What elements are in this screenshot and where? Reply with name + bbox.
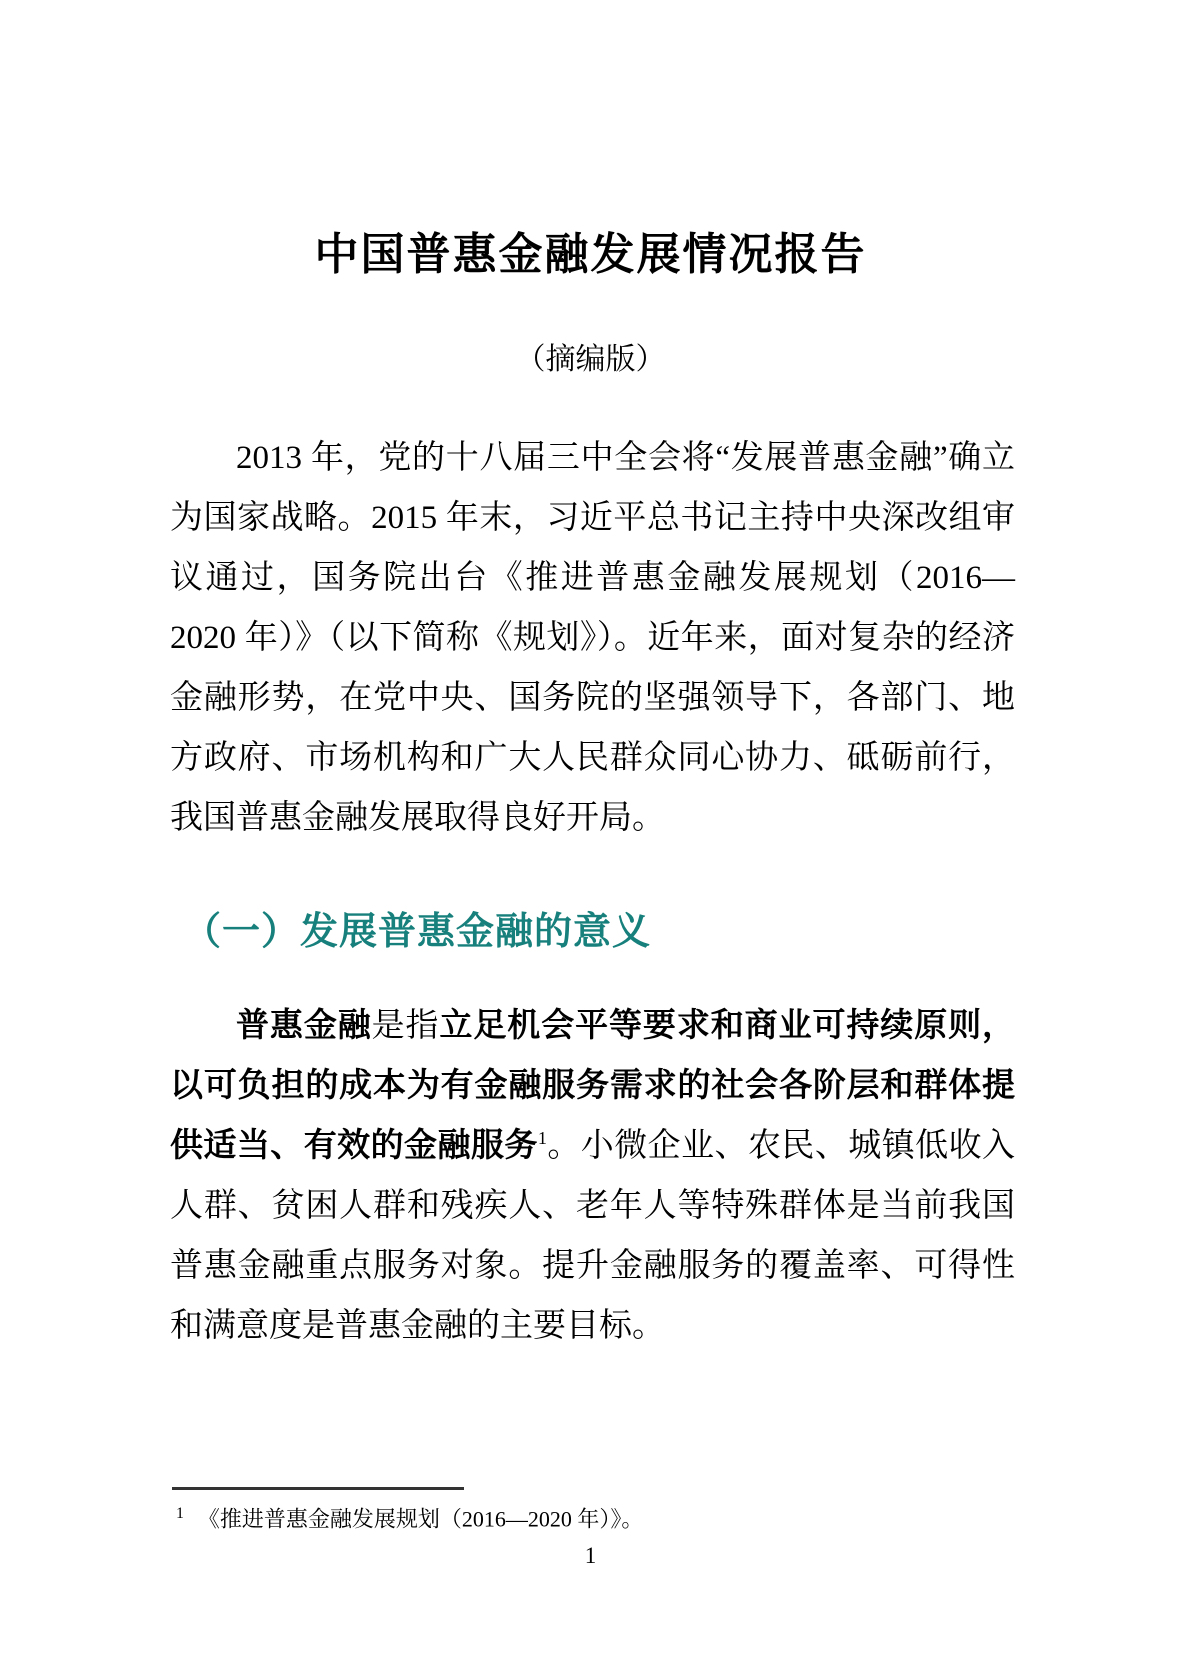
section-heading: （一）发展普惠金融的意义 bbox=[183, 900, 651, 955]
paragraph-segment: 是指 bbox=[372, 1008, 440, 1044]
paragraph-intro: 2013 年，党的十八届三中全会将“发展普惠金融”确立为国家战略。2015 年末… bbox=[170, 428, 1015, 848]
paragraph-segment: 1 bbox=[538, 1128, 547, 1148]
footnote-separator-rule bbox=[172, 1487, 464, 1490]
document-title: 中国普惠金融发展情况报告 bbox=[0, 218, 1181, 282]
document-page: 中国普惠金融发展情况报告 （摘编版） 2013 年，党的十八届三中全会将“发展普… bbox=[0, 0, 1181, 1670]
document-subtitle: （摘编版） bbox=[0, 334, 1181, 378]
footnote-text: 《推进普惠金融发展规划（2016—2020 年）》。 bbox=[198, 1506, 644, 1531]
page-number: 1 bbox=[0, 1543, 1181, 1569]
paragraph-definition: 普惠金融是指立足机会平等要求和商业可持续原则，以可负担的成本为有金融服务需求的社… bbox=[170, 996, 1015, 1356]
footnote: 1《推进普惠金融发展规划（2016—2020 年）》。 bbox=[176, 1498, 876, 1535]
paragraph-segment: 普惠金融 bbox=[236, 1008, 372, 1044]
footnote-marker: 1 bbox=[176, 1505, 184, 1522]
